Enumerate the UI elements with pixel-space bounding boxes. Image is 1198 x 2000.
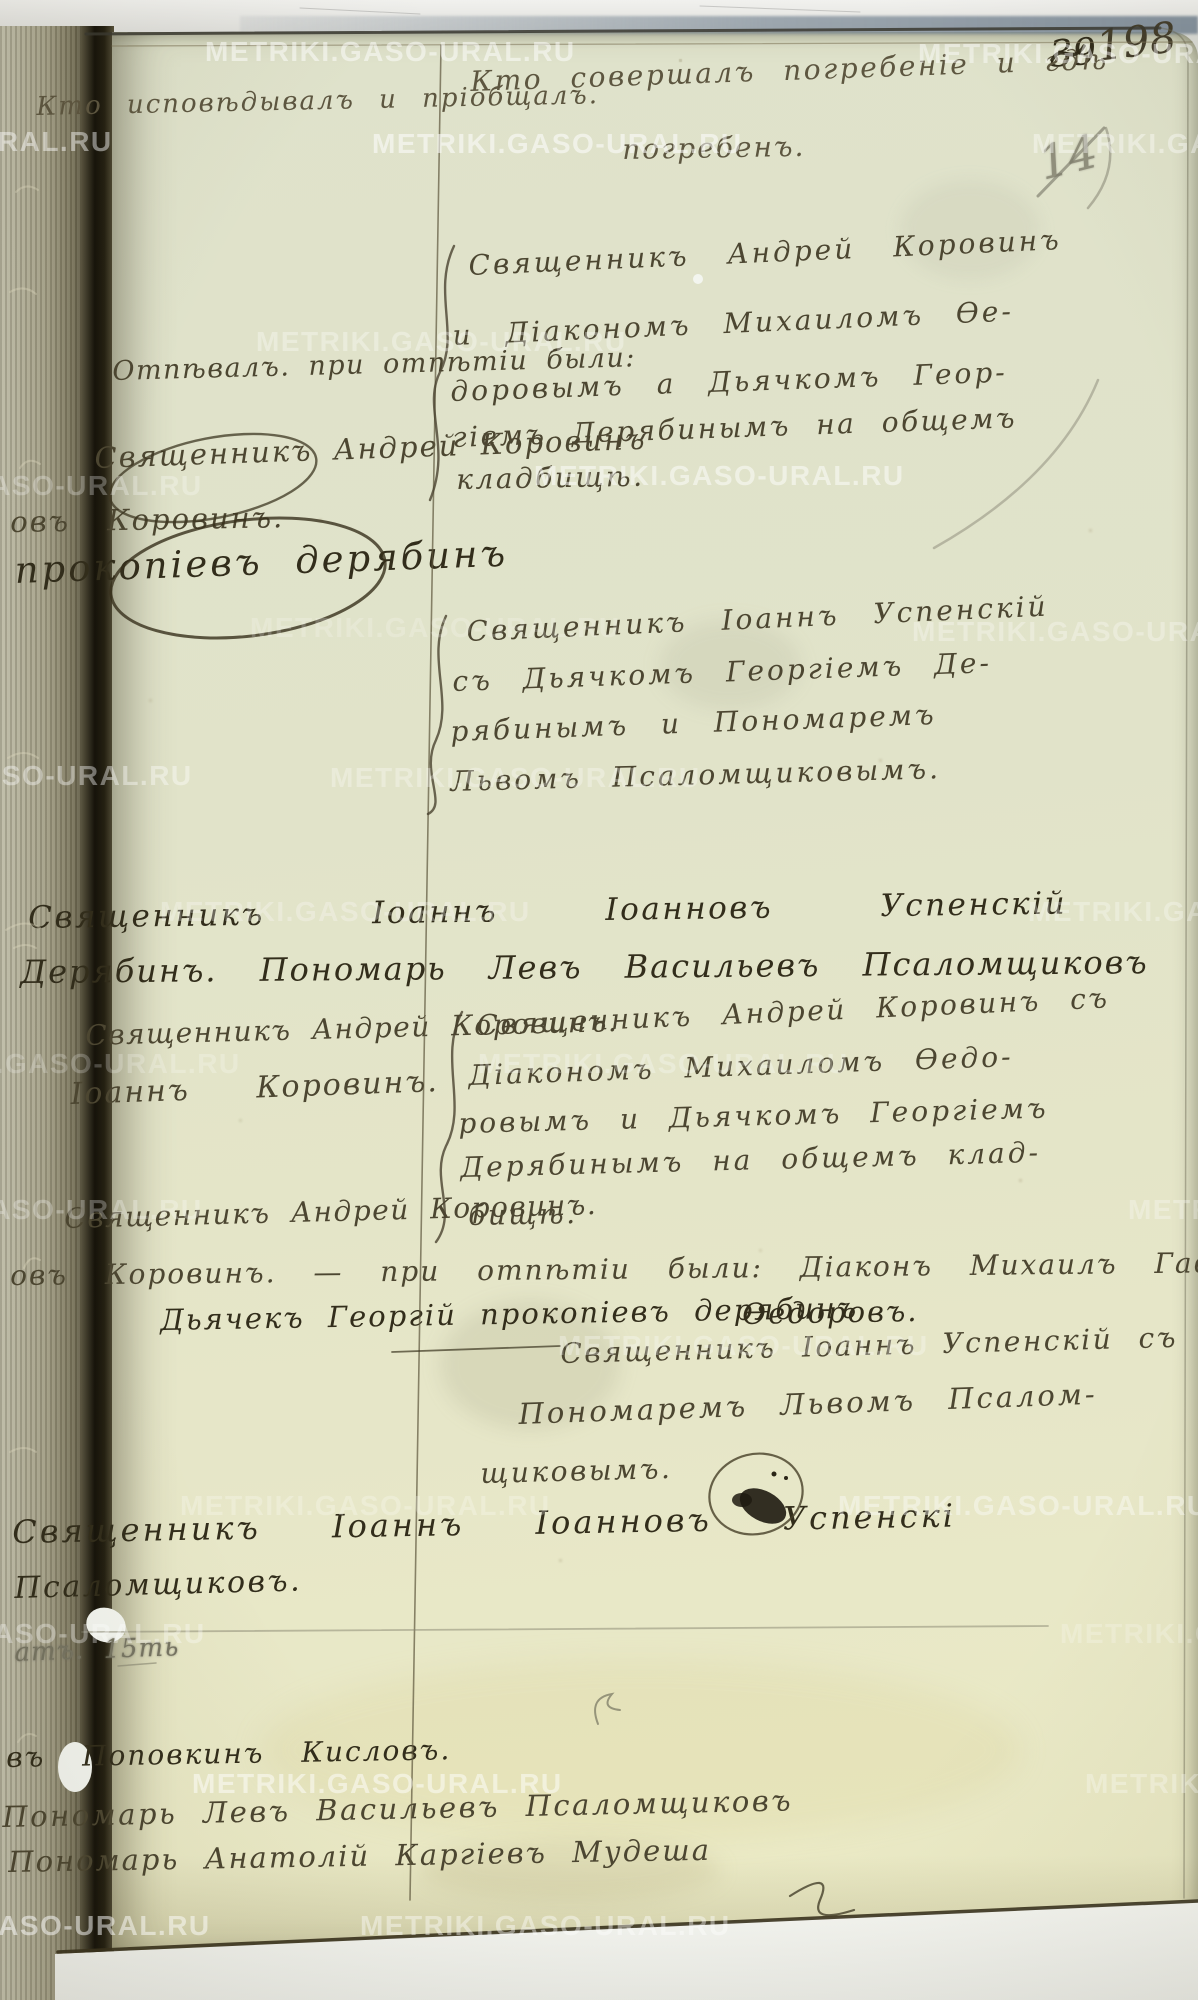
book-binding-edge [0, 26, 84, 2000]
foxing-specks [0, 0, 1, 1]
page-top-edge-shadow [240, 16, 1198, 34]
middle-line2: Дерябинъ. Пономарь Левъ Васильевъ Псалом… [20, 946, 1149, 988]
paper-fleck [693, 274, 703, 284]
left-entry6-line1: въ Поповкинъ Кисловъ. [6, 1736, 451, 1772]
pencil-note: атъ. 15ть [14, 1634, 180, 1666]
book-gutter-shadow [82, 26, 114, 2000]
right-entry4-line3: щиковымъ. [480, 1455, 673, 1488]
right-entry3-line5: бищѣ. [468, 1200, 578, 1230]
column-header-right-line2: погребенъ. [622, 133, 806, 164]
left-entry4-fedorov: Ѳедоровъ. [742, 1297, 919, 1329]
scanned-metrical-book-page: 39 198 14 Кто исповѣдывалъ и пріобщалъ. … [0, 0, 1198, 2000]
left-entry1-line3: овъ Коровинъ. [10, 503, 284, 537]
pencil-number: 14 [1034, 128, 1102, 187]
right-entry1-line5: кладбищѣ. [456, 463, 645, 494]
left-entry5-line2: Псаломщиковъ. [14, 1566, 302, 1604]
